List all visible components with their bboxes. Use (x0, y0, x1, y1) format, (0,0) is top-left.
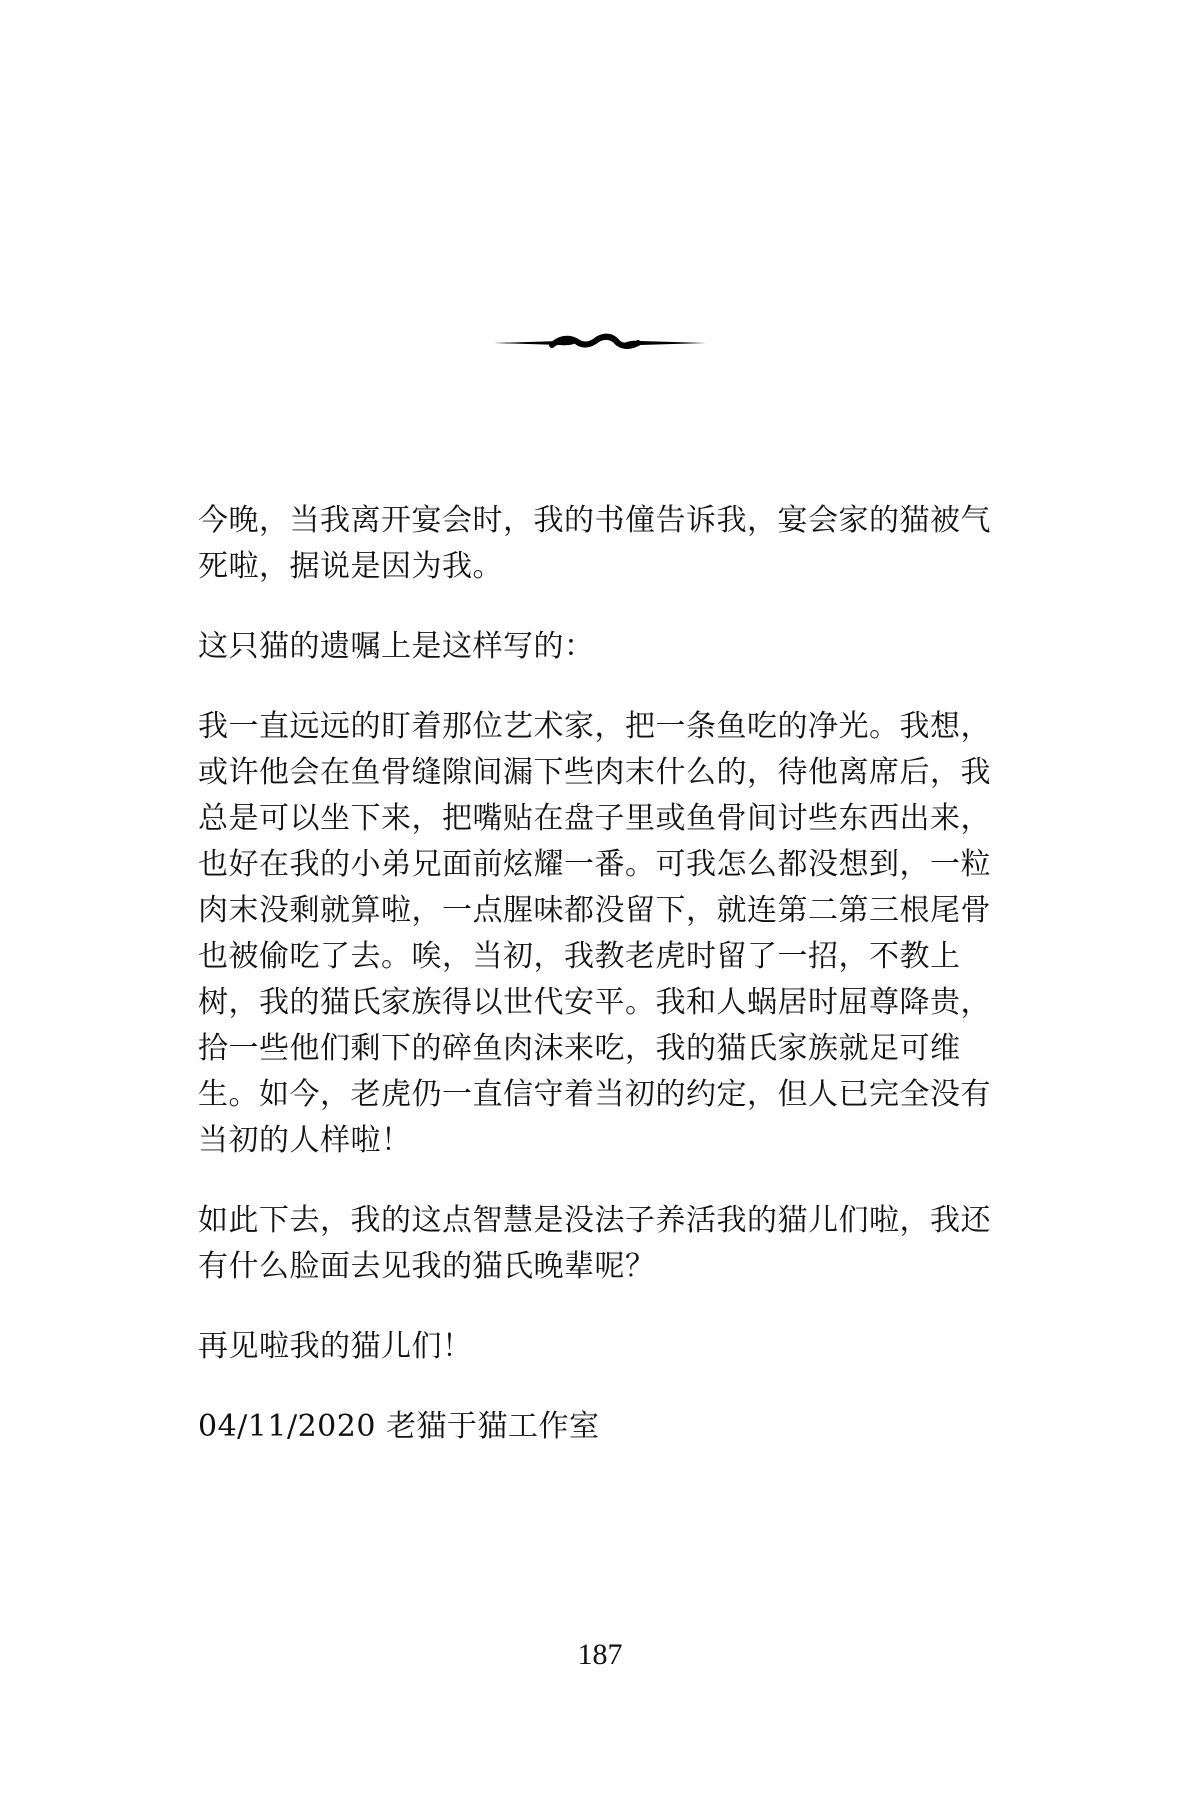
paragraph-lament: 如此下去，我的这点智慧是没法子养活我的猫儿们啦，我还有什么脸面去见我的猫氏晚辈呢… (198, 1198, 1008, 1290)
paragraph-farewell: 再见啦我的猫儿们！ (198, 1324, 1008, 1370)
letter-body: 今晚，当我离开宴会时，我的书僮告诉我，宴会家的猫被气死啦，据说是因为我。 这只猫… (198, 498, 1008, 1484)
paragraph-will-intro: 这只猫的遗嘱上是这样写的： (198, 624, 1008, 670)
paragraph-will-main: 我一直远远的盯着那位艺术家，把一条鱼吃的净光。我想，或许他会在鱼骨缝隙间漏下些肉… (198, 704, 1008, 1164)
page-number: 187 (0, 1638, 1200, 1672)
book-page: 今晚，当我离开宴会时，我的书僮告诉我，宴会家的猫被气死啦，据说是因为我。 这只猫… (0, 0, 1200, 1800)
divider-flourish-icon (490, 325, 710, 361)
signature-line: 04/11/2020 老猫于猫工作室 (198, 1404, 1008, 1450)
paragraph-intro: 今晚，当我离开宴会时，我的书僮告诉我，宴会家的猫被气死啦，据说是因为我。 (198, 498, 1008, 590)
